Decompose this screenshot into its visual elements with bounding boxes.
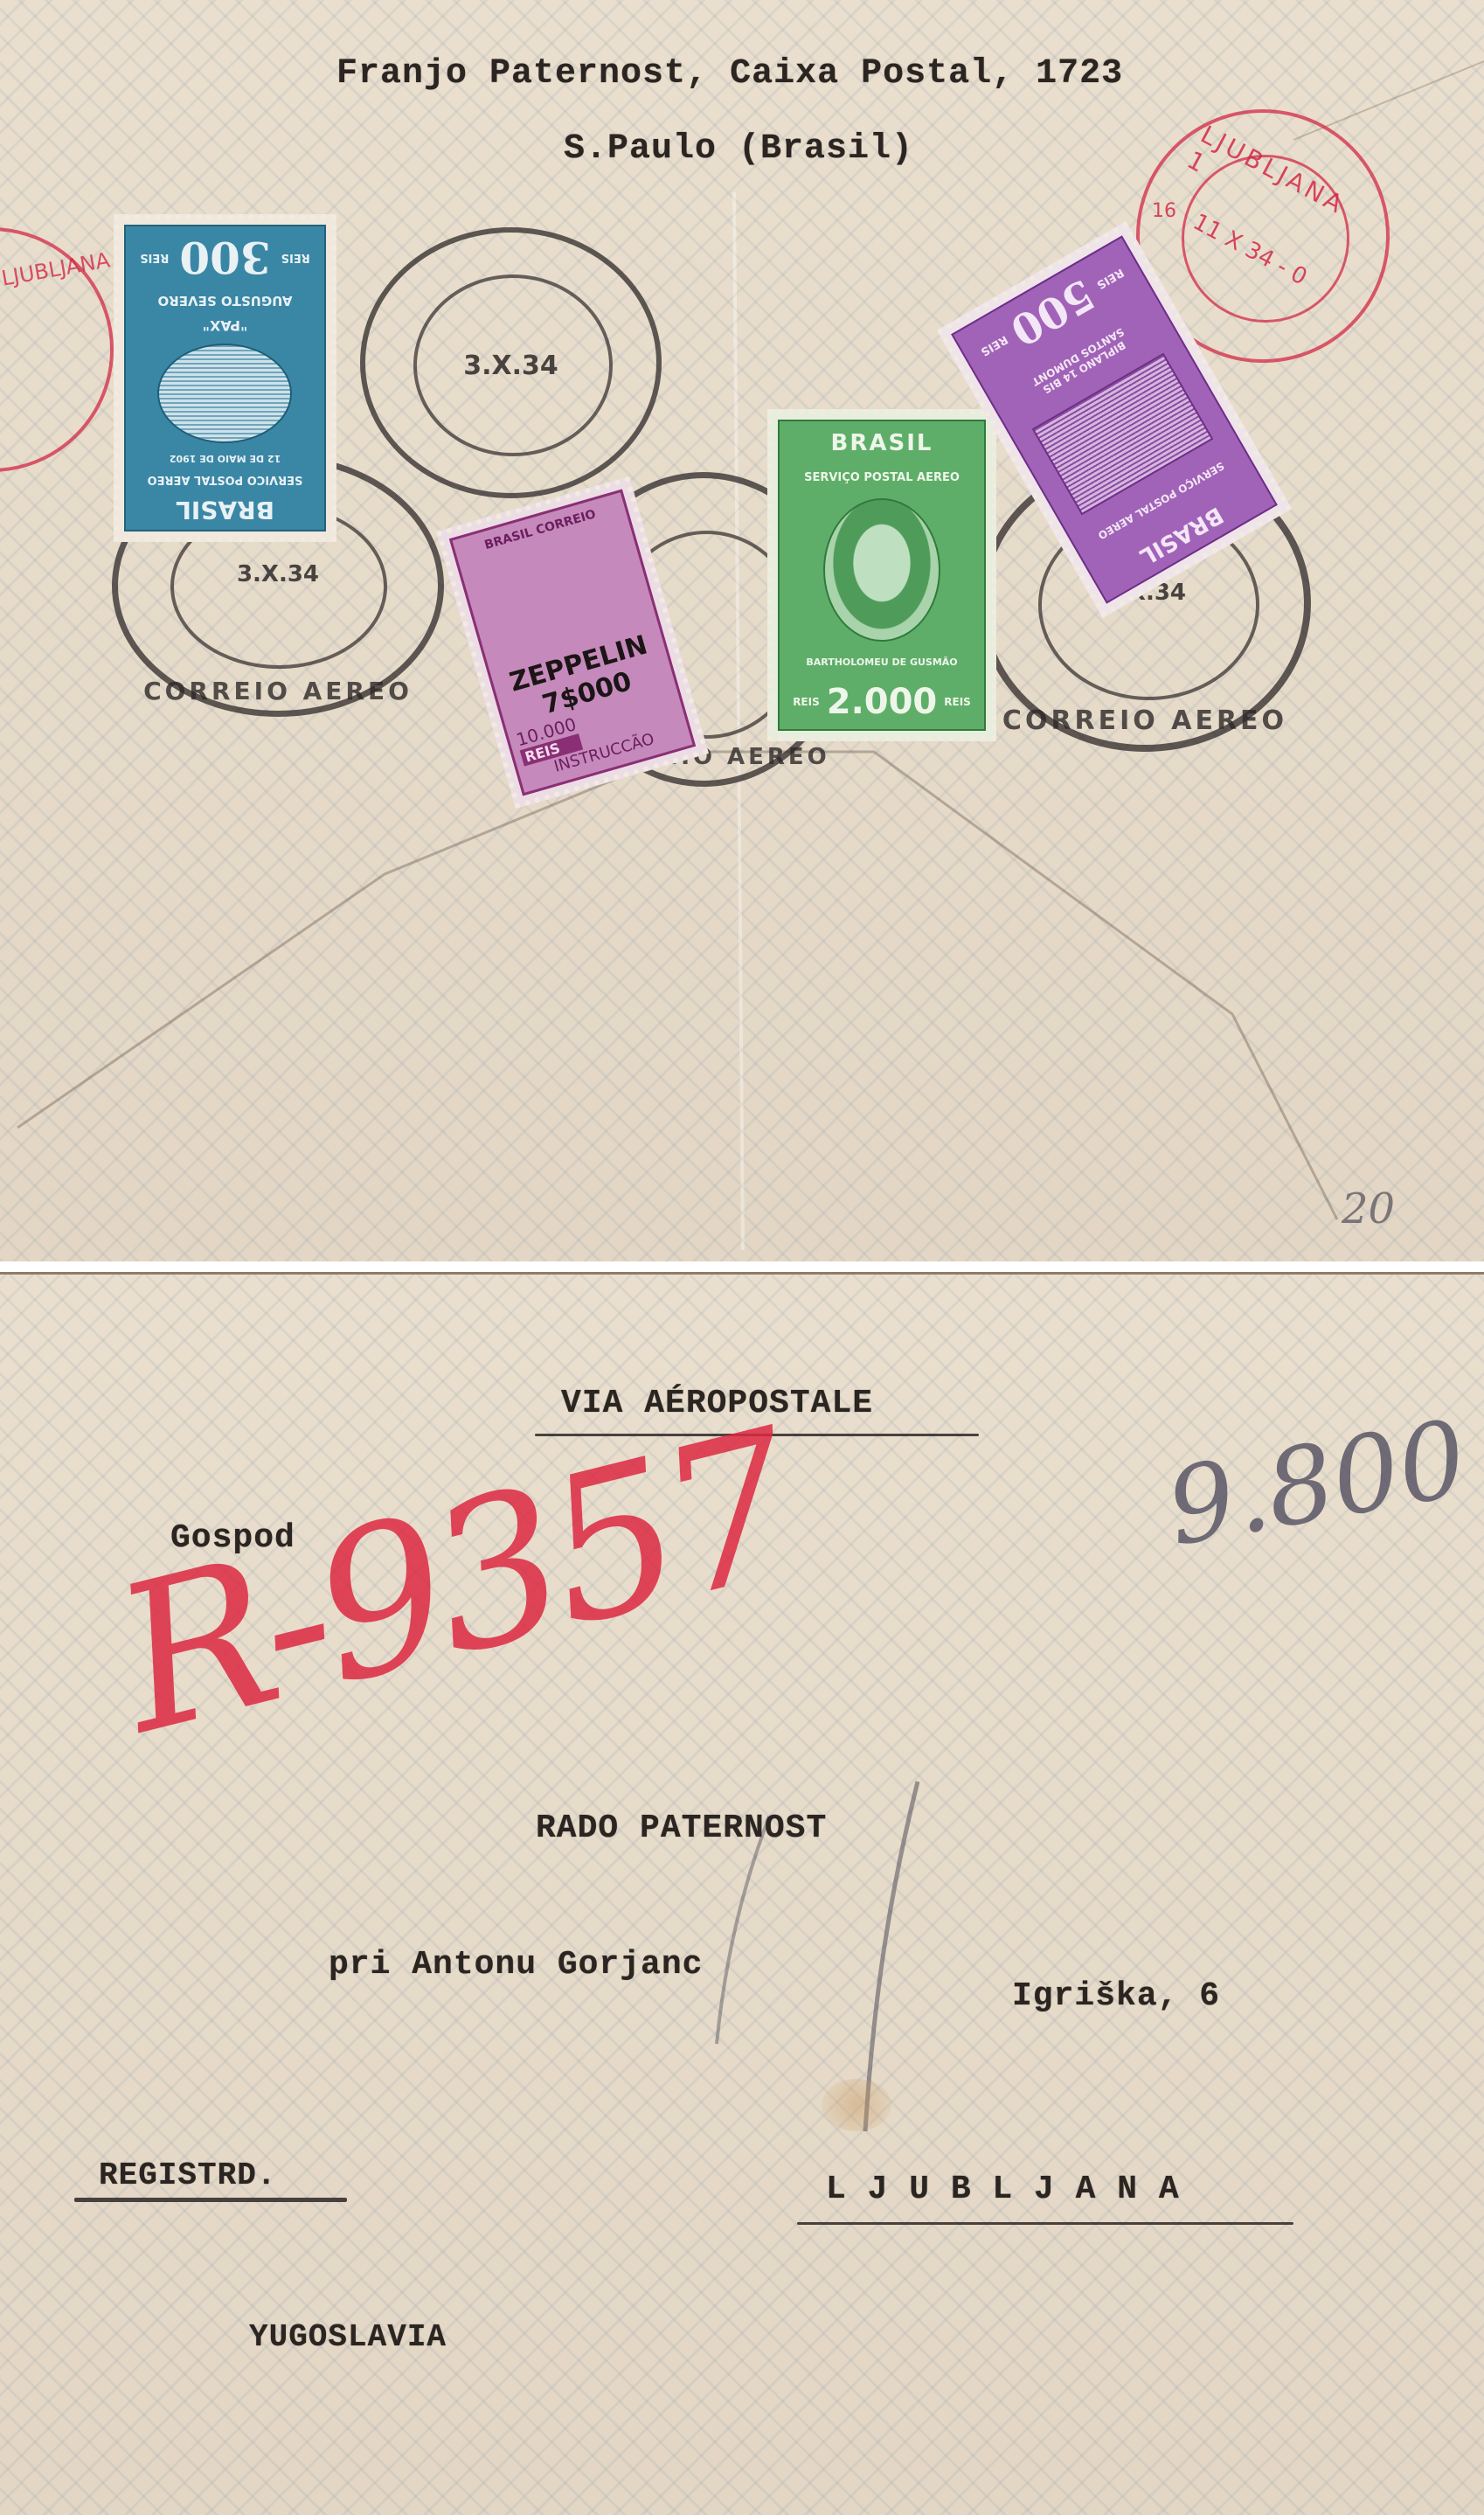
stamp-service: SERVICO POSTAL AEREO xyxy=(148,473,303,486)
stamp-value: 500 xyxy=(1002,269,1103,356)
scan-gap xyxy=(0,1261,1484,1272)
portrait-illustration xyxy=(823,498,940,642)
stamp-inscription: AUGUSTO SEVERO xyxy=(157,293,292,309)
care-of: pri Antonu Gorjanc xyxy=(329,1946,703,1984)
stamp-service: SERVIÇO POSTAL AEREO xyxy=(804,471,960,484)
sao-paulo-postmark-2: 3.X.34 xyxy=(360,227,662,498)
stain xyxy=(822,2079,891,2131)
envelope-back: Franjo Paternost, Caixa Postal, 1723 S.P… xyxy=(0,0,1484,1263)
ljubljana-postmark-left: LJUBLJANA xyxy=(0,227,114,472)
envelope-front: VIA AÉROPOSTALE Gospod R-9357 9.800 RADO… xyxy=(0,1272,1484,2515)
stamp-value: 2.000 xyxy=(827,682,938,722)
addressee-name: RADO PATERNOST xyxy=(536,1810,827,1847)
city-underline xyxy=(797,2222,1293,2225)
return-address-line1: Franjo Paternost, Caixa Postal, 1723 xyxy=(336,54,1123,94)
pencil-amount: 9.800 xyxy=(1159,1398,1475,1570)
stamp-date-text: 12 DE MAIO DE 1902 xyxy=(170,453,281,464)
destination-country: YUGOSLAVIA xyxy=(249,2319,447,2355)
stamp-300-reis-augusto-severo: BRASIL SERVICO POSTAL AEREO 12 DE MAIO D… xyxy=(114,214,336,542)
postmark-city: LJUBLJANA xyxy=(0,247,111,290)
destination-city: L J U B L J A N A xyxy=(826,2171,1180,2208)
registered-label: REGISTRD. xyxy=(99,2157,276,2193)
stamp-country: BRASIL xyxy=(831,430,933,456)
return-address-line2: S.Paulo (Brasil) xyxy=(564,129,913,169)
registered-underline xyxy=(74,2198,347,2202)
pencil-note-20: 20 xyxy=(1342,1185,1395,1233)
airship-illustration xyxy=(158,344,293,443)
street-address: Igriška, 6 xyxy=(1012,1977,1220,2015)
stamp-country: BRASIL xyxy=(176,496,274,525)
red-registration-number: R-9357 xyxy=(96,1388,811,1779)
stamp-value: 300 xyxy=(179,232,270,283)
stamp-2000-reis-gusmao: BRASIL SERVIÇO POSTAL AEREO BARTHOLOMEU … xyxy=(767,409,996,741)
postmark-number: 16 xyxy=(1152,200,1176,222)
stamp-portrait-name: BARTHOLOMEU DE GUSMÃO xyxy=(806,657,957,668)
stamp-country: BRASIL CORREIO xyxy=(483,507,598,552)
stamp-motto: "PAX" xyxy=(203,317,248,334)
